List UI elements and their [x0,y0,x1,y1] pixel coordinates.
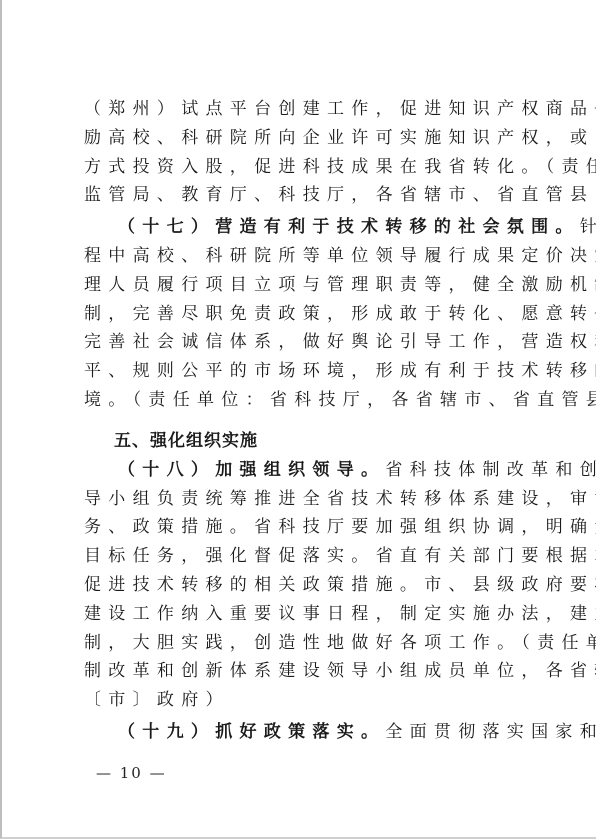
text-line: 制，大胆实践，创造性地做好各项工作。（责任单位：省科技体 [84,629,529,658]
clause-heading-17: （十七）营造有利于技术转移的社会氛围。 [118,217,580,237]
text-line: 制改革和创新体系建设领导小组成员单位，各省辖市、省直管县 [84,657,529,686]
text-line: 励高校、科研院所向企业许可实施知识产权，或以知识产权出资 [84,124,529,153]
paragraph-continuation: （郑州）试点平台创建工作，促进知识产权商品化、资本化。鼓 励高校、科研院所向企业… [84,95,529,210]
paragraph-19: （十九）抓好政策落实。全面贯彻落实国家和我省促进科技 [84,718,529,747]
text-line: 导小组负责统筹推进全省技术转移体系建设，审议相关重大任 [84,485,529,514]
text-line: 方式投资入股，促进科技成果在我省转化。（责任单位：省市场 [84,153,529,182]
text-run: 针对技术转移过 [580,217,596,237]
text-line: 境。（责任单位：省科技厅，各省辖市、省直管县〔市〕政府） [84,386,529,415]
text-line: 监管局、教育厅、科技厅，各省辖市、省直管县〔市〕政府） [84,181,529,210]
paragraph-18: （十八）加强组织领导。省科技体制改革和创新体系建设领 导小组负责统筹推进全省技术… [84,456,529,715]
paragraph-first-line: （十八）加强组织领导。省科技体制改革和创新体系建设领 [84,456,529,485]
text-line: （郑州）试点平台创建工作，促进知识产权商品化、资本化。鼓 [84,95,529,124]
page-body: （郑州）试点平台创建工作，促进知识产权商品化、资本化。鼓 励高校、科研院所向企业… [84,95,529,747]
page-number: — 10 — [96,764,167,782]
text-line: 平、规则公平的市场环境，形成有利于技术转移的良好生态环 [84,357,529,386]
text-line: 目标任务，强化督促落实。省直有关部门要根据本方案研究落实 [84,542,529,571]
text-line: 〔市〕政府） [84,686,529,715]
text-line: 程中高校、科研院所等单位领导履行成果定价决策职责、科技管 [84,242,529,271]
text-run: 省科技体制改革和创新体系建设领 [385,460,596,480]
text-line: 制，完善尽职免责政策，形成敢于转化、愿意转化的良好氛围。 [84,300,529,329]
text-run: 全面贯彻落实国家和我省促进科技 [385,722,596,742]
text-line: 建设工作纳入重要议事日程，制定实施办法，建立协调推进机 [84,600,529,629]
paragraph-first-line: （十九）抓好政策落实。全面贯彻落实国家和我省促进科技 [84,718,529,747]
section-heading: 五、强化组织实施 [84,426,529,456]
text-line: 促进技术转移的相关政策措施。市、县级政府要将技术转移体系 [84,571,529,600]
text-line: 完善社会诚信体系，做好舆论引导工作，营造权利公平、机会公 [84,328,529,357]
clause-heading-18: （十八）加强组织领导。 [118,460,385,480]
clause-heading-19: （十九）抓好政策落实。 [118,722,385,742]
text-line: 务、政策措施。省科技厅要加强组织协调，明确责任分工，细化 [84,513,529,542]
paragraph-first-line: （十七）营造有利于技术转移的社会氛围。针对技术转移过 [84,213,529,242]
text-line: 理人员履行项目立项与管理职责等，健全激励机制和容错纠错机 [84,271,529,300]
paragraph-17: （十七）营造有利于技术转移的社会氛围。针对技术转移过 程中高校、科研院所等单位领… [84,213,529,415]
document-page: （郑州）试点平台创建工作，促进知识产权商品化、资本化。鼓 励高校、科研院所向企业… [0,0,596,839]
